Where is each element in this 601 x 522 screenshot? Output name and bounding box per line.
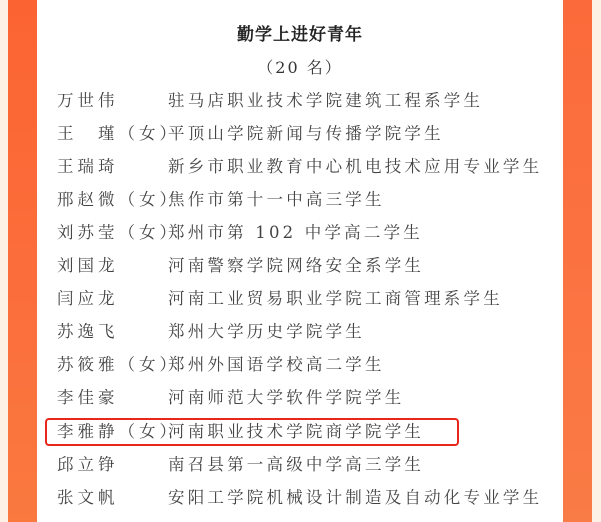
list-item: 刘苏莹（女）郑州市第 102 中学高二学生	[57, 218, 423, 248]
entry-name: 李佳豪	[57, 383, 168, 413]
list-item-highlighted: 李雅静（女）河南职业技术学院商学院学生	[57, 417, 424, 447]
list-item: 邱立铮南召县第一高级中学高三学生	[57, 450, 424, 480]
document-page: 勤学上进好青年 （20 名） 万世伟驻马店职业技术学院建筑工程系学生 王 瑾（女…	[37, 0, 563, 522]
entry-affiliation: 河南职业技术学院商学院学生	[168, 417, 424, 447]
list-item: 王 瑾（女）平顶山学院新闻与传播学院学生	[57, 119, 444, 149]
entry-affiliation: 河南师范大学软件学院学生	[168, 383, 404, 413]
entry-name: 王瑞琦	[57, 152, 168, 182]
entry-affiliation: 平顶山学院新闻与传播学院学生	[168, 119, 444, 149]
entry-name: 李雅静（女）	[57, 417, 168, 447]
entry-affiliation: 郑州大学历史学院学生	[168, 317, 365, 347]
list-item: 万世伟驻马店职业技术学院建筑工程系学生	[57, 86, 483, 116]
entry-affiliation: 安阳工学院机械设计制造及自动化专业学生	[168, 483, 542, 513]
entry-affiliation: 河南警察学院网络安全系学生	[168, 251, 424, 281]
left-accent-band	[8, 0, 37, 522]
entry-name: 苏逸飞	[57, 317, 168, 347]
count-subtitle: （20 名）	[37, 55, 563, 78]
entry-name: 王 瑾（女）	[57, 119, 168, 149]
list-item: 刘国龙河南警察学院网络安全系学生	[57, 251, 424, 281]
entry-name: 刘苏莹（女）	[57, 218, 168, 248]
list-item: 王瑞琦新乡市职业教育中心机电技术应用专业学生	[57, 152, 542, 182]
entry-name: 张文帆	[57, 483, 168, 513]
entry-affiliation: 南召县第一高级中学高三学生	[168, 450, 424, 480]
entry-affiliation: 郑州外国语学校高二学生	[168, 350, 385, 380]
list-item: 李佳豪河南师范大学软件学院学生	[57, 383, 404, 413]
entry-affiliation: 驻马店职业技术学院建筑工程系学生	[168, 86, 483, 116]
list-item: 张文帆安阳工学院机械设计制造及自动化专业学生	[57, 483, 542, 513]
entry-name: 万世伟	[57, 86, 168, 116]
entry-affiliation: 新乡市职业教育中心机电技术应用专业学生	[168, 152, 542, 182]
list-item: 苏筱雅（女）郑州外国语学校高二学生	[57, 350, 385, 380]
entry-affiliation: 河南工业贸易职业学院工商管理系学生	[168, 284, 503, 314]
entry-name: 邢赵微（女）	[57, 185, 168, 215]
list-item: 苏逸飞郑州大学历史学院学生	[57, 317, 365, 347]
entry-affiliation: 郑州市第 102 中学高二学生	[168, 218, 423, 248]
entry-name: 苏筱雅（女）	[57, 350, 168, 380]
entry-affiliation: 焦作市第十一中高三学生	[168, 185, 385, 215]
entry-name: 邱立铮	[57, 450, 168, 480]
entry-name: 闫应龙	[57, 284, 168, 314]
list-item: 闫应龙河南工业贸易职业学院工商管理系学生	[57, 284, 503, 314]
right-accent-band	[563, 0, 592, 522]
page-title: 勤学上进好青年	[37, 20, 563, 45]
list-item: 邢赵微（女）焦作市第十一中高三学生	[57, 185, 385, 215]
entry-name: 刘国龙	[57, 251, 168, 281]
